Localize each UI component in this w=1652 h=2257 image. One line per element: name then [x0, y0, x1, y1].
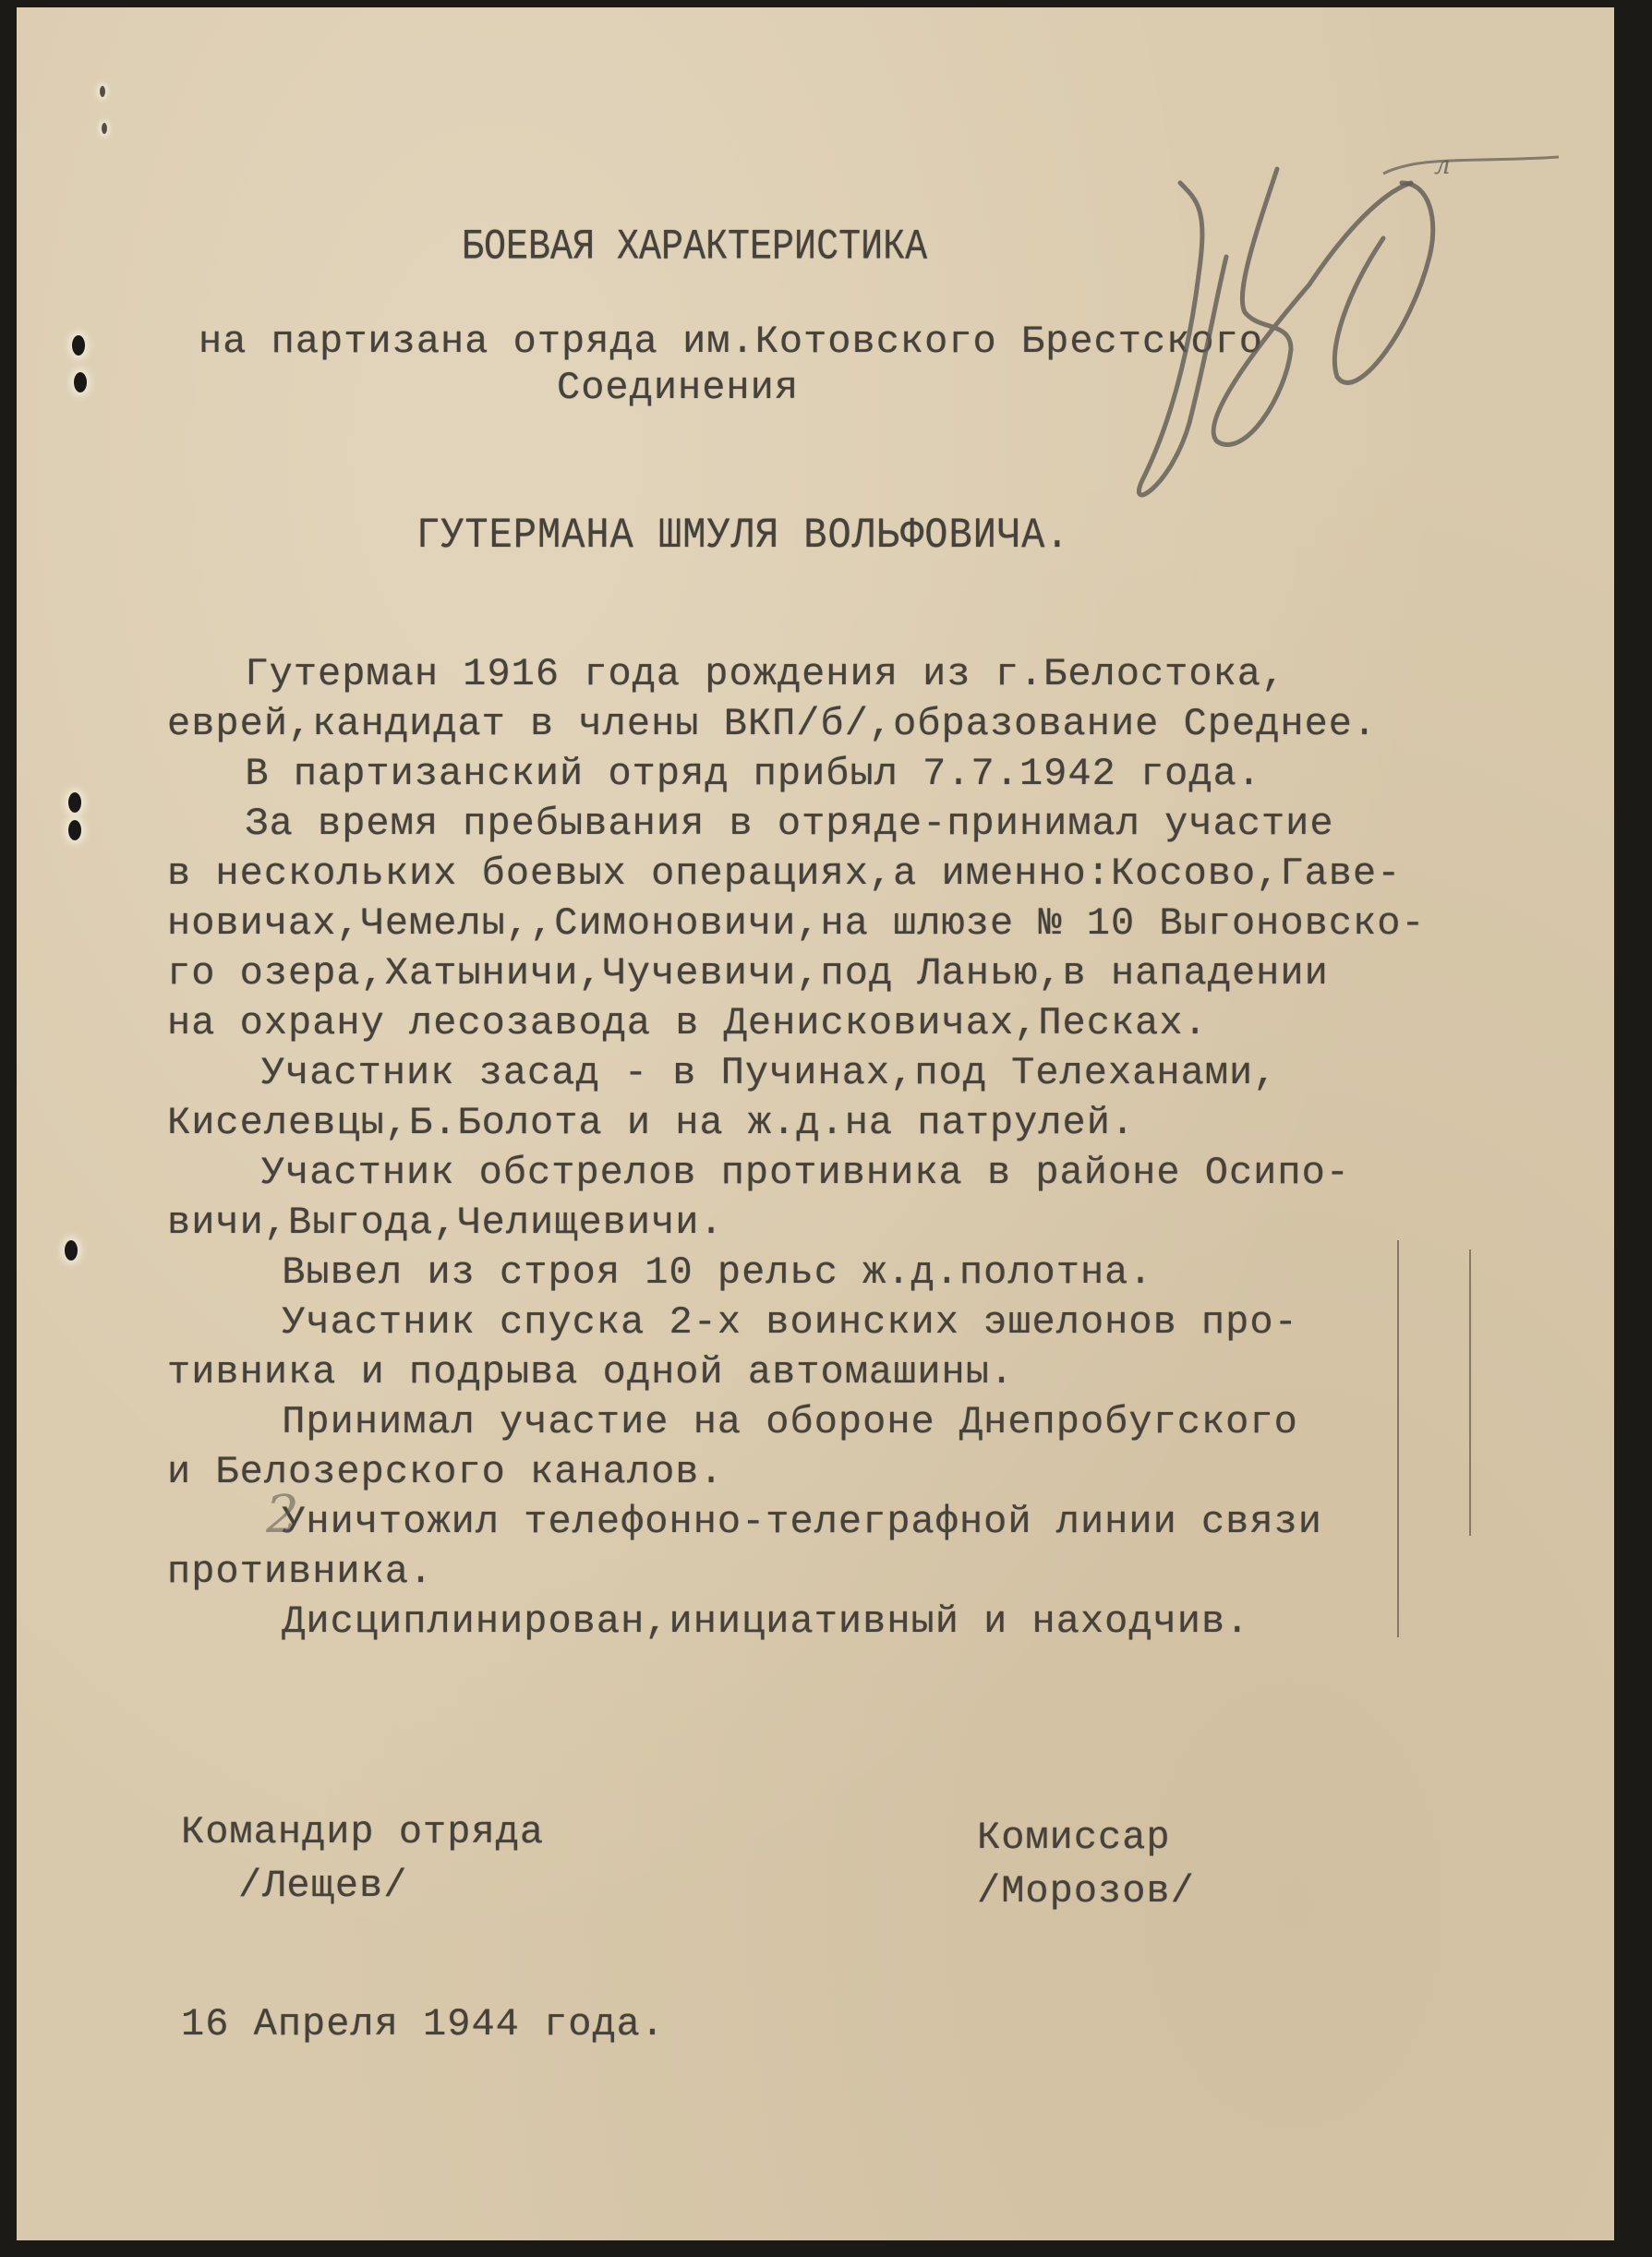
commissar-title: Комиссар: [977, 1816, 1171, 1860]
punch-hole: [74, 372, 87, 392]
document-date: 16 Апреля 1944 года.: [181, 2002, 665, 2046]
body-line: вичи,Выгода,Челищевичи.: [167, 1201, 724, 1245]
handwritten-margin-mark: 2: [266, 1485, 299, 1545]
body-line: Уничтожил телефонно-телеграфной линии св…: [137, 1500, 1322, 1544]
handwritten-superscript: л: [1434, 150, 1451, 180]
punch-hole: [65, 1240, 78, 1261]
punch-hole: [100, 86, 105, 97]
body-line: Дисциплинирован,инициативный и находчив.: [137, 1599, 1249, 1644]
body-line: и Белозерского каналов.: [167, 1450, 724, 1494]
commissar-name: /Морозов/: [977, 1869, 1195, 1913]
body-line: противника.: [167, 1550, 433, 1594]
body-line: Киселевцы,Б.Болота и на ж.д.на патрулей.: [167, 1101, 1135, 1145]
body-line: В партизанский отряд прибыл 7.7.1942 год…: [197, 752, 1261, 796]
body-line: еврей,кандидат в члены ВКП/б/,образовани…: [167, 702, 1377, 746]
body-line: Принимал участие на обороне Днепробугско…: [137, 1400, 1298, 1444]
body-line: Участник обстрелов противника в районе О…: [164, 1151, 1350, 1195]
commander-title: Командир отряда: [181, 1810, 544, 1854]
punch-hole: [68, 820, 81, 840]
body-line: в нескольких боевых операциях,а именно:К…: [167, 851, 1401, 896]
document-subtitle: на партизана отряда им.Котовского Брестс…: [199, 320, 1263, 364]
body-line: го озера,Хатыничи,Чучевичи,под Ланью,в н…: [167, 951, 1329, 996]
body-line: на охрану лесозавода в Денисковичах,Песк…: [167, 1001, 1208, 1045]
margin-line: [1397, 1240, 1399, 1637]
handwritten-number: 130: [1106, 146, 1108, 147]
punch-hole: [72, 335, 85, 356]
body-line: Вывел из строя 10 рельс ж.д.полотна.: [137, 1250, 1153, 1295]
body-line: Гутерман 1916 года рождения из г.Белосто…: [197, 652, 1285, 696]
subject-name: ГУТЕРМАНА ШМУЛЯ ВОЛЬФОВИЧА.: [416, 512, 1070, 561]
body-line: Участник засад - в Пучинах,под Телеханам…: [164, 1051, 1277, 1095]
body-line: новичах,Чемелы,,Симоновичи,на шлюзе № 10…: [167, 901, 1426, 946]
document-title: БОЕВАЯ ХАРАКТЕРИСТИКА: [462, 224, 927, 272]
document-subtitle-cont: Соединения: [557, 366, 799, 410]
commander-name: /Лещев/: [238, 1864, 407, 1908]
punch-hole: [68, 792, 81, 813]
pencil-number-mark: л 130: [1106, 146, 1568, 515]
body-line: Участник спуска 2-х воинских эшелонов пр…: [137, 1300, 1298, 1345]
margin-line: [1469, 1249, 1471, 1536]
document-page: БОЕВАЯ ХАРАКТЕРИСТИКА на партизана отряд…: [17, 7, 1614, 2240]
body-line: тивника и подрыва одной автомашины.: [167, 1350, 1014, 1394]
body-line: За время пребывания в отряде-принимал уч…: [197, 802, 1334, 846]
punch-hole: [102, 123, 107, 134]
